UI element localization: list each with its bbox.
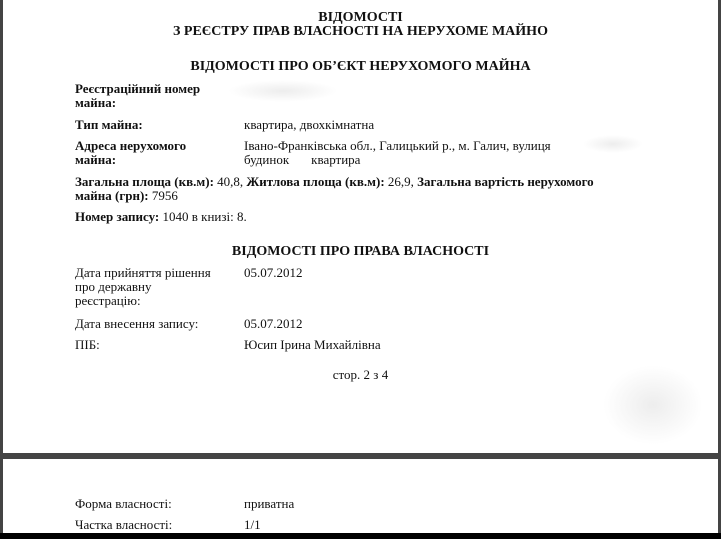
redacted-reg-number: [228, 80, 338, 102]
address-value-line2: будинокквартира: [244, 153, 551, 167]
decision-date-label: Дата прийняття рішення про державну реєс…: [75, 266, 211, 308]
record-label: Номер запису:: [75, 209, 159, 224]
share-value: 1/1: [244, 518, 261, 532]
decision-date-label-line3: реєстрацію:: [75, 294, 211, 308]
document-title-line1: ВІДОМОСТІ: [3, 11, 718, 25]
total-value-label: Загальна вартість нерухомого: [417, 174, 593, 189]
address-label-line2: майна:: [75, 153, 186, 167]
total-area-value: 40,8,: [214, 174, 247, 189]
total-area-label: Загальна площа (кв.м):: [75, 174, 214, 189]
reg-number-label-line2: майна:: [75, 96, 200, 110]
redacted-street: [583, 135, 643, 153]
type-label: Тип майна:: [75, 118, 143, 132]
address-apartment: квартира: [311, 152, 360, 167]
address-label-line1: Адреса нерухомого: [75, 139, 186, 153]
total-value-label-line2: майна (грн):: [75, 188, 149, 203]
type-value: квартира, двохкімнатна: [244, 118, 374, 132]
living-area-value: 26,9,: [385, 174, 418, 189]
bottom-edge: [0, 533, 721, 539]
document-page-2: ВІДОМОСТІ З РЕЄСТРУ ПРАВ ВЛАСНОСТІ НА НЕ…: [3, 0, 718, 453]
object-section-heading: ВІДОМОСТІ ПРО ОБ’ЄКТ НЕРУХОМОГО МАЙНА: [3, 60, 718, 74]
total-value-value: 7956: [149, 188, 178, 203]
reg-number-label: Реєстраційний номер майна:: [75, 82, 200, 110]
decision-date-label-line2: про державну: [75, 280, 211, 294]
rights-section-heading: ВІДОМОСТІ ПРО ПРАВА ВЛАСНОСТІ: [3, 245, 718, 259]
address-building: будинок: [244, 152, 289, 167]
area-value-block: Загальна площа (кв.м): 40,8, Житлова пло…: [75, 175, 594, 203]
entry-date-value: 05.07.2012: [244, 317, 303, 331]
entry-date-label: Дата внесення запису:: [75, 317, 198, 331]
record-value: 1040 в книзі: 8.: [159, 209, 246, 224]
address-value: Івано-Франківська обл., Галицький р., м.…: [244, 139, 551, 167]
address-value-line1: Івано-Франківська обл., Галицький р., м.…: [244, 139, 551, 153]
document-title-line2: З РЕЄСТРУ ПРАВ ВЛАСНОСТІ НА НЕРУХОМЕ МАЙ…: [3, 25, 718, 39]
decision-date-label-line1: Дата прийняття рішення: [75, 266, 211, 280]
address-label: Адреса нерухомого майна:: [75, 139, 186, 167]
decision-date-value: 05.07.2012: [244, 266, 303, 280]
name-value: Юсип Ірина Михайлівна: [244, 338, 381, 352]
record-line: Номер запису: 1040 в книзі: 8.: [75, 210, 247, 224]
name-label: ПІБ:: [75, 338, 100, 352]
living-area-label: Житлова площа (кв.м):: [246, 174, 384, 189]
reg-number-label-line1: Реєстраційний номер: [75, 82, 200, 96]
share-label: Частка власності:: [75, 518, 172, 532]
redacted-stamp: [603, 365, 703, 445]
ownership-form-label: Форма власності:: [75, 497, 172, 511]
document-page-3: Форма власності: приватна Частка власнос…: [3, 459, 718, 539]
ownership-form-value: приватна: [244, 497, 294, 511]
